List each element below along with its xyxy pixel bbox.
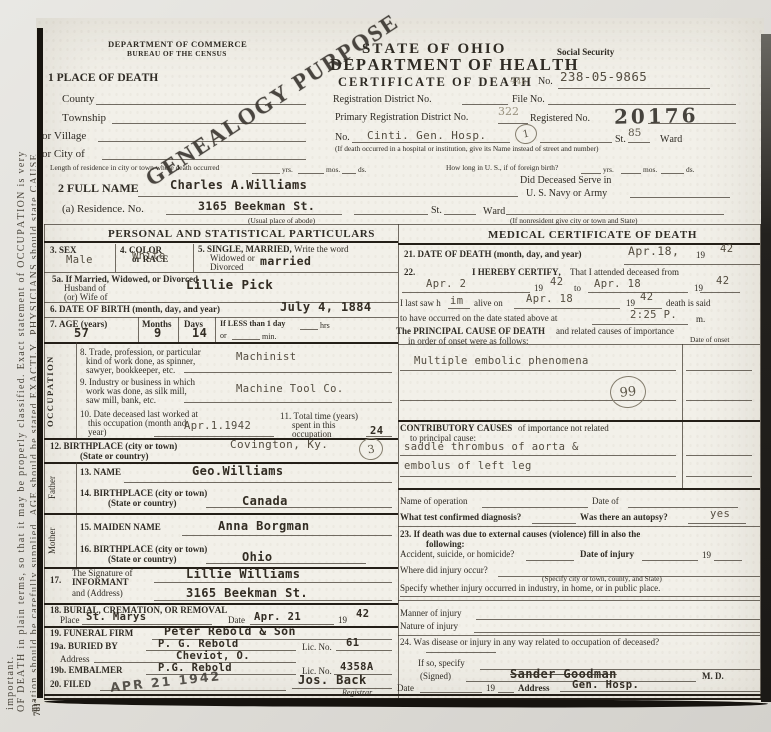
- funeral-address-label: Address: [60, 655, 90, 664]
- burial-place-label: Place: [60, 616, 80, 625]
- blank-line: [624, 264, 760, 265]
- row-line: [44, 342, 398, 344]
- where-injury-label: Where did injury occur?: [400, 566, 488, 575]
- blank-line: [206, 563, 366, 564]
- injury-19: 19: [702, 551, 711, 560]
- section-top-line: [44, 224, 762, 225]
- birth-date-value: July 4, 1884: [280, 301, 372, 313]
- onset-line: [686, 476, 752, 477]
- blank-line: [182, 535, 392, 536]
- date-of-onset-label: Date of onset: [690, 336, 729, 343]
- blank-line: [498, 692, 514, 693]
- physician-19: 19: [486, 684, 495, 693]
- bureau-census-heading: BUREAU OF THE CENSUS: [127, 50, 227, 57]
- onset-line: [686, 455, 752, 456]
- date-of-death-19: 19: [696, 251, 705, 260]
- or-label: or: [220, 332, 227, 340]
- blank-line: [354, 214, 428, 215]
- medical-title-rule: [398, 243, 760, 245]
- birthplace-label: 12. BIRTHPLACE (city or town): [50, 442, 177, 451]
- specify-note: (Specify city or town, county, and State…: [542, 575, 662, 582]
- embalmer-label: 19b. EMBALMER: [50, 666, 123, 675]
- residence-value: 3165 Beekman St.: [198, 201, 315, 213]
- yrs-label: yrs.: [603, 166, 614, 173]
- md-label: M. D.: [702, 672, 724, 681]
- birth-date-label: 6. DATE OF BIRTH (month, day, and year): [50, 305, 220, 314]
- father-birthplace-label2: (State or country): [108, 499, 176, 508]
- certify-num: 22.: [404, 268, 415, 277]
- registered-line: [648, 123, 736, 124]
- embalmer-lic-value: 4358A: [340, 662, 374, 673]
- funeral-firm-label: 19. FUNERAL FIRM: [50, 629, 133, 638]
- last-saw-label: I last saw h: [400, 299, 441, 308]
- blank-line: [402, 292, 530, 293]
- blank-line: [400, 596, 760, 597]
- buried-by-label: 19a. BURIED BY: [50, 642, 118, 651]
- occurred-label: to have occurred on the date stated abov…: [400, 314, 557, 323]
- form-left-border-bar: [37, 28, 43, 698]
- mother-vertical-label: Mother: [48, 518, 57, 564]
- blank-line: [448, 308, 470, 309]
- blank-line: [426, 652, 496, 653]
- residence-street-label: St.: [431, 206, 442, 216]
- blank-line: [514, 308, 620, 309]
- registered-no-stamp: 20176: [614, 103, 699, 128]
- alive-year: 42: [640, 292, 653, 303]
- row-line: [398, 488, 760, 490]
- death-said-label: death is said: [666, 299, 711, 308]
- residence-label: (a) Residence. No.: [62, 204, 144, 215]
- father-name-value: Geo.Williams: [192, 465, 284, 477]
- blank-line: [206, 507, 392, 508]
- informant-num: 17.: [50, 576, 61, 585]
- date-injury-label: Date of injury: [580, 550, 634, 559]
- birthplace-label2: (State or country): [80, 452, 148, 461]
- pencil-annotation: 44c: [510, 77, 527, 88]
- city-label: or City of: [42, 149, 85, 160]
- blank-line: [621, 173, 641, 174]
- buried-lic-value: 61: [346, 638, 359, 649]
- street-value: 85: [628, 128, 641, 139]
- informant-address: 3165 Beekman St.: [186, 587, 308, 599]
- burial-date-value: Apr. 21: [254, 612, 301, 623]
- contributory-bold: CONTRIBUTORY CAUSES: [400, 424, 512, 433]
- test-label: What test confirmed diagnosis?: [400, 513, 521, 522]
- industry-label3: saw mill, bank, etc.: [86, 396, 156, 405]
- blank-line: [642, 560, 698, 561]
- contributory-value1: saddle thrombus of aorta &: [404, 442, 579, 453]
- cell-divider: [115, 244, 116, 272]
- county-line: [96, 104, 306, 105]
- mother-maiden-value: Anna Borgman: [218, 520, 310, 532]
- primary-registration-value: 322: [498, 106, 519, 117]
- certify-bold: I HEREBY CERTIFY,: [472, 268, 561, 277]
- onset-line: [686, 370, 752, 371]
- row-line: [398, 635, 760, 636]
- burial-place-value: St. Marys: [86, 612, 147, 623]
- blank-line: [154, 436, 274, 437]
- blank-line: [342, 173, 356, 174]
- scan-right-edge: [761, 34, 771, 702]
- row-line: [398, 344, 760, 345]
- external-causes-label: 23. If death was due to external causes …: [400, 530, 640, 539]
- burial-19-label: 19: [338, 616, 347, 625]
- marital-label3: Divorced: [210, 263, 244, 272]
- to-year: 42: [716, 276, 729, 287]
- blank-line: [661, 173, 684, 174]
- signed-label: (Signed): [420, 672, 451, 681]
- place-of-death-title: 1 PLACE OF DEATH: [48, 73, 158, 85]
- spouse-value: Lillie Pick: [186, 279, 273, 292]
- trade-label3: sawyer, bookkeeper, etc.: [86, 366, 175, 375]
- registered-no-label: Registered No.: [530, 114, 590, 124]
- residence-ward-label: Ward: [483, 207, 505, 217]
- city-line: [102, 159, 306, 160]
- cell-divider: [178, 317, 179, 342]
- father-birthplace-label: 14. BIRTHPLACE (city or town): [80, 489, 207, 498]
- hospital-value: Cinti. Gen. Hosp.: [367, 130, 486, 141]
- age-years-value: 57: [74, 327, 89, 339]
- birthplace-value: Covington, Ky.: [230, 439, 328, 450]
- blank-line: [336, 650, 392, 651]
- county-label: County: [62, 94, 94, 105]
- cause-line: [400, 455, 676, 456]
- physician-date-label: Date: [397, 684, 414, 693]
- principal-cause-bold: The PRINCIPAL CAUSE OF DEATH: [396, 327, 545, 336]
- street-line: [628, 142, 650, 143]
- to-word: to: [574, 284, 581, 293]
- contributory-value2: embolus of left leg: [404, 461, 532, 472]
- personal-title-rule: [44, 241, 398, 243]
- full-name-value: Charles A.Williams: [170, 179, 307, 191]
- residence-line: [166, 214, 342, 215]
- last-worked-label3: year): [88, 428, 106, 437]
- blank-line: [581, 173, 601, 174]
- blank-line: [154, 582, 392, 583]
- mos-label: mos.: [643, 166, 657, 173]
- occupation-related-label: 24. Was disease or injury in any way rel…: [400, 638, 659, 647]
- father-name-label: 13. NAME: [80, 468, 121, 477]
- certify-rest: That I attended deceased from: [570, 268, 679, 277]
- row-line: [44, 317, 398, 318]
- date-of-death-label: 21. DATE OF DEATH (month, day, and year): [404, 250, 582, 259]
- township-line: [112, 123, 306, 124]
- alive-19: 19: [626, 299, 635, 308]
- blank-line: [420, 692, 482, 693]
- sex-value: Male: [66, 255, 93, 266]
- full-name-line: [138, 196, 518, 197]
- row-line: [44, 513, 398, 515]
- blank-line: [298, 173, 324, 174]
- m-label: m.: [696, 315, 705, 324]
- occupation-vertical-label: OCCUPATION: [46, 346, 55, 436]
- blank-line: [252, 173, 280, 174]
- file-no-label: File No.: [512, 95, 545, 105]
- medical-title: MEDICAL CERTIFICATE OF DEATH: [488, 230, 697, 241]
- manner-injury-label: Manner of injury: [400, 609, 461, 618]
- blank-line: [474, 632, 760, 633]
- township-label: Township: [62, 113, 106, 124]
- street-label: St.: [615, 135, 626, 145]
- blank-line: [688, 523, 746, 524]
- blank-line: [482, 507, 588, 508]
- row-line: [44, 272, 398, 273]
- blank-line: [526, 560, 574, 561]
- onset-divider: [682, 344, 683, 488]
- blank-line: [124, 482, 392, 483]
- margin-note-line3: important.: [6, 656, 16, 710]
- buried-lic-label: Lic. No.: [302, 643, 332, 652]
- less-than-day-label: If LESS than 1 day: [220, 320, 285, 328]
- informant-label3: and (Address): [72, 589, 123, 598]
- column-divider: [398, 224, 399, 698]
- total-time-value: 24: [370, 426, 383, 437]
- hospital-line: [352, 142, 510, 143]
- last-worked-value: Apr.1.1942: [184, 421, 251, 432]
- from-19: 19: [534, 284, 543, 293]
- ssn-value: 238-05-9865: [560, 71, 647, 84]
- autopsy-label: Was there an autopsy?: [580, 513, 668, 522]
- accident-label: Accident, suicide, or homicide?: [400, 550, 514, 559]
- attended-from-value: Apr. 2: [426, 279, 466, 290]
- cause-line: [400, 476, 676, 477]
- blank-line: [444, 214, 476, 215]
- ssn-label: Social Security: [557, 48, 614, 57]
- min-label: min.: [262, 333, 276, 341]
- blank-line: [506, 214, 724, 215]
- funeral-address-value: Cheviot, O.: [176, 651, 250, 662]
- blank-line: [184, 402, 392, 403]
- from-year: 42: [550, 277, 563, 288]
- blank-line: [366, 436, 392, 437]
- time-of-death-value: 2:25 P.: [630, 310, 677, 321]
- certificate-paper: DEPARTMENT OF COMMERCE BUREAU OF THE CEN…: [36, 18, 764, 704]
- cell-divider: [138, 317, 139, 342]
- row-line: [398, 600, 760, 601]
- marital-write-label: Write the word: [294, 245, 348, 254]
- industry-value: Machine Tool Co.: [236, 384, 344, 395]
- ds-label: ds.: [358, 166, 366, 173]
- external-causes-label2: following:: [426, 540, 465, 549]
- row-line: [398, 526, 760, 527]
- blank-line: [154, 600, 392, 601]
- last-saw-him: im: [450, 296, 463, 307]
- marital-value: married: [260, 256, 311, 268]
- blank-line: [184, 372, 392, 373]
- operation-date-label: Date of: [592, 497, 619, 506]
- onset-line: [686, 400, 752, 401]
- cause-of-death-value: Multiple embolic phenomena: [414, 356, 589, 367]
- blank-line: [700, 292, 740, 293]
- informant-label2: INFORMANT: [72, 578, 129, 587]
- primary-registration-label: Primary Registration District No.: [335, 113, 468, 123]
- service-line1: Did Deceased Serve in: [520, 176, 611, 186]
- blank-line: [714, 560, 742, 561]
- personal-title: PERSONAL AND STATISTICAL PARTICULARS: [108, 229, 375, 240]
- death-certificate-scan: mation should be carefully supplied. AGE…: [0, 0, 771, 732]
- hrs-label: hrs: [320, 322, 330, 330]
- physician-address-label: Address: [518, 684, 550, 693]
- village-label: or Village: [42, 131, 86, 142]
- cell-divider: [193, 244, 194, 272]
- blank-line: [588, 292, 688, 293]
- father-vertical-label: Father: [48, 466, 57, 510]
- bottom-rule-1: [44, 694, 762, 696]
- blank-line: [100, 690, 286, 691]
- registrar-signature: Jos. Back: [298, 674, 367, 686]
- hospital-line2: [540, 142, 612, 143]
- residence-length-label: Length of residence in city or town wher…: [50, 164, 219, 171]
- dept-health-heading: DEPARTMENT OF HEALTH: [330, 57, 579, 74]
- specify-where-label: Specify whether injury occurred in indus…: [400, 584, 660, 593]
- ward-label: Ward: [660, 135, 682, 145]
- hospital-note: (If death occurred in a hospital or inst…: [335, 145, 599, 152]
- contributory-rest: of importance not related: [518, 424, 609, 433]
- blank-line: [592, 324, 688, 325]
- nature-injury-label: Nature of injury: [400, 622, 458, 631]
- mother-birthplace-label: 16. BIRTHPLACE (city or town): [80, 545, 207, 554]
- service-blank: [630, 197, 730, 198]
- spouse-label3: (or) Wife of: [64, 293, 107, 302]
- attended-to-value: Apr. 18: [594, 279, 641, 290]
- row-line: [398, 420, 760, 422]
- ssn-no-label: No.: [538, 77, 553, 87]
- filed-label: 20. FILED: [50, 680, 91, 689]
- hospital-no-label: No.: [335, 133, 350, 143]
- mos-label: mos.: [326, 166, 340, 173]
- trade-value: Machinist: [236, 352, 297, 363]
- group-divider: [76, 342, 77, 438]
- autopsy-value: yes: [710, 509, 730, 520]
- yrs-label: yrs.: [282, 166, 293, 173]
- cause-code-annotation: 99: [608, 374, 647, 410]
- color-value: White: [132, 251, 166, 262]
- alive-on-label: alive on: [474, 299, 503, 308]
- blank-line: [232, 339, 260, 340]
- us-length-label: How long in U. S., if of foreign birth?: [446, 164, 558, 171]
- operation-label: Name of operation: [400, 497, 467, 506]
- blank-line: [300, 329, 318, 330]
- ssn-line: [558, 88, 710, 89]
- mother-birthplace-label2: (State or country): [108, 555, 176, 564]
- funeral-firm-value: Peter Rebold & Son: [164, 626, 296, 638]
- burial-year-value: 42: [356, 609, 369, 620]
- date-of-death-value: Apr.18,: [628, 246, 679, 258]
- mother-maiden-label: 15. MAIDEN NAME: [80, 523, 161, 532]
- blank-line: [532, 523, 576, 524]
- cell-divider: [215, 317, 216, 342]
- certificate-heading: CERTIFICATE OF DEATH: [338, 76, 533, 89]
- service-line2: U. S. Navy or Army: [526, 189, 607, 199]
- age-days-value: 14: [192, 327, 207, 339]
- blank-line: [476, 619, 760, 620]
- buried-by-value: P. G. Rebold: [158, 639, 239, 650]
- dept-commerce-heading: DEPARTMENT OF COMMERCE: [108, 40, 247, 49]
- ds-label: ds.: [686, 166, 694, 173]
- informant-signature: Lillie Williams: [186, 568, 300, 580]
- margin-note-line2: OF DEATH in plain terms, so that it may …: [17, 151, 27, 713]
- alive-date-value: Apr. 18: [526, 294, 573, 305]
- if-so-specify-label: If so, specify: [418, 659, 465, 668]
- row-line: [44, 438, 398, 440]
- full-name-label: 2 FULL NAME: [58, 182, 139, 194]
- date-of-death-year: 42: [720, 244, 733, 255]
- father-birthplace-value: Canada: [242, 495, 288, 507]
- village-line: [98, 141, 306, 142]
- mother-birthplace-value: Ohio: [242, 551, 273, 563]
- age-months-value: 9: [154, 327, 162, 339]
- physician-address-value: Gen. Hosp.: [572, 680, 639, 691]
- cause-line: [400, 370, 676, 371]
- principal-cause-rest: and related causes of importance: [556, 327, 674, 336]
- hospital-circle-annotation: 1: [513, 122, 539, 146]
- blank-line: [560, 691, 760, 692]
- registration-district-label: Registration District No.: [333, 95, 432, 105]
